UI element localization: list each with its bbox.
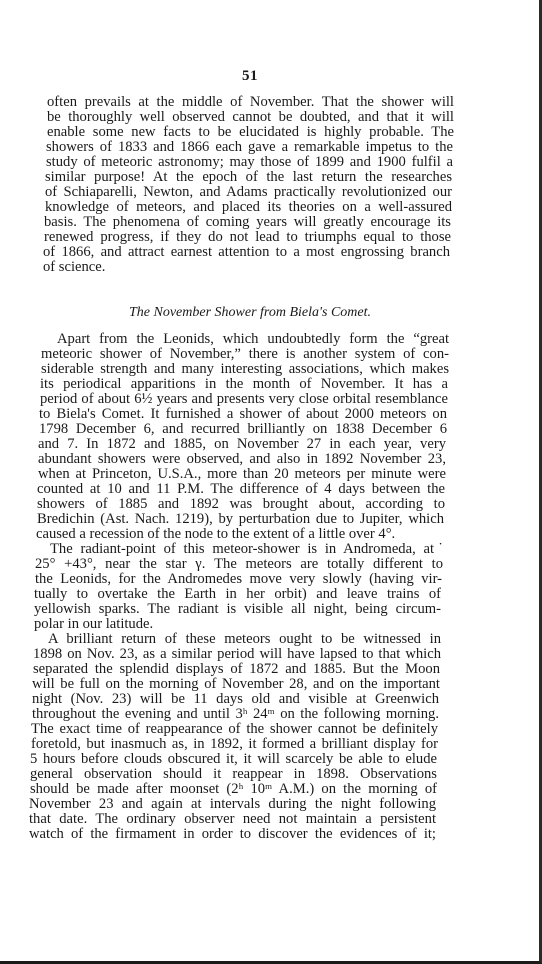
text-line: basis. The phenomena of coming years wil… [44, 215, 451, 230]
text-line: enable some new facts to be elucidated i… [47, 125, 454, 140]
text-line: 25° +43°, near the star γ. The meteors a… [35, 557, 443, 572]
text-line: of 1866, and attract earnest attention t… [43, 245, 450, 260]
text-line: A brilliant return of these meteors ough… [48, 632, 441, 647]
text-line: watch of the firmament in order to disco… [29, 827, 436, 842]
text-line: night (Nov. 23) will be 11 days old and … [32, 692, 439, 707]
text-line: period of about 6½ years and presents ve… [40, 392, 448, 407]
text-line: 5 hours before clouds obscured it, it wi… [30, 752, 437, 767]
text-line: will be full on the morning of November … [32, 677, 440, 692]
text-line: separated the splendid displays of 1872 … [33, 662, 440, 677]
text-line: renewed progress, if they do not lead to… [44, 230, 451, 245]
text-line: Apart from the Leonids, which undoubtedl… [57, 332, 449, 347]
text-line: counted at 10 and 11 P.M. The difference… [37, 482, 445, 497]
text-line: of science. [43, 260, 450, 275]
text-line: 1798 December 6, and recurred brilliantl… [39, 422, 447, 437]
text-line: general observation should it reappear i… [30, 767, 437, 782]
text-line: The radiant-point of this meteor-shower … [50, 542, 443, 557]
text-line: caused a recession of the node to the ex… [36, 527, 443, 542]
text-line: meteoric shower of November,” there is a… [41, 347, 449, 362]
text-line: to Biela's Comet. It furnished a shower … [39, 407, 447, 422]
text-line: that date. The ordinary observer need no… [29, 812, 436, 827]
text-line: when at Princeton, U.S.A., more than 20 … [38, 467, 446, 482]
text-line: Bredichin (Ast. Nach. 1219), by perturba… [37, 512, 444, 527]
book-page: 51 often prevails at the middle of Novem… [0, 0, 542, 964]
text-line: tually to overtake the Earth in her orbi… [34, 587, 441, 602]
text-line: foretold, but inasmuch as, in 1892, it f… [31, 737, 438, 752]
text-line: polar in our latitude. [34, 617, 441, 632]
text-line: often prevails at the middle of November… [47, 95, 454, 110]
text-line: the Leonids, for the Andromedes move ver… [35, 572, 442, 587]
text-line: 1898 on Nov. 23, as a similar period wil… [33, 647, 441, 662]
text-line: its periodical apparitions in the month … [40, 377, 448, 392]
text-line: and 7. In 1872 and 1885, on November 27 … [38, 437, 446, 452]
text-line: siderable strength and many interesting … [41, 362, 449, 377]
text-line: November 23 and again at intervals durin… [29, 797, 436, 812]
text-line: abundant showers were observed, and also… [38, 452, 446, 467]
text-line: should be made after moonset (2ʰ 10ᵐ A.M… [30, 782, 437, 797]
section-heading: The November Shower from Biela's Comet. [0, 305, 500, 321]
page-number: 51 [0, 68, 500, 85]
text-line: The exact time of reappearance of the sh… [31, 722, 438, 737]
text-line: be thoroughly well observed cannot be do… [47, 110, 454, 125]
text-line: showers of 1833 and 1866 each gave a rem… [46, 140, 453, 155]
text-line: similar purpose! At the epoch of the las… [45, 170, 452, 185]
text-line: of Schiaparelli, Newton, and Adams pract… [45, 185, 452, 200]
text-line: throughout the evening and until 3ʰ 24ᵐ … [32, 707, 439, 722]
text-line: showers of 1885 and 1892 was brought abo… [37, 497, 445, 512]
text-line: study of meteoric astronomy; may those o… [46, 155, 453, 170]
text-line: yellowish sparks. The radiant is visible… [34, 602, 441, 617]
text-line: knowledge of meteors, and placed its the… [45, 200, 452, 215]
